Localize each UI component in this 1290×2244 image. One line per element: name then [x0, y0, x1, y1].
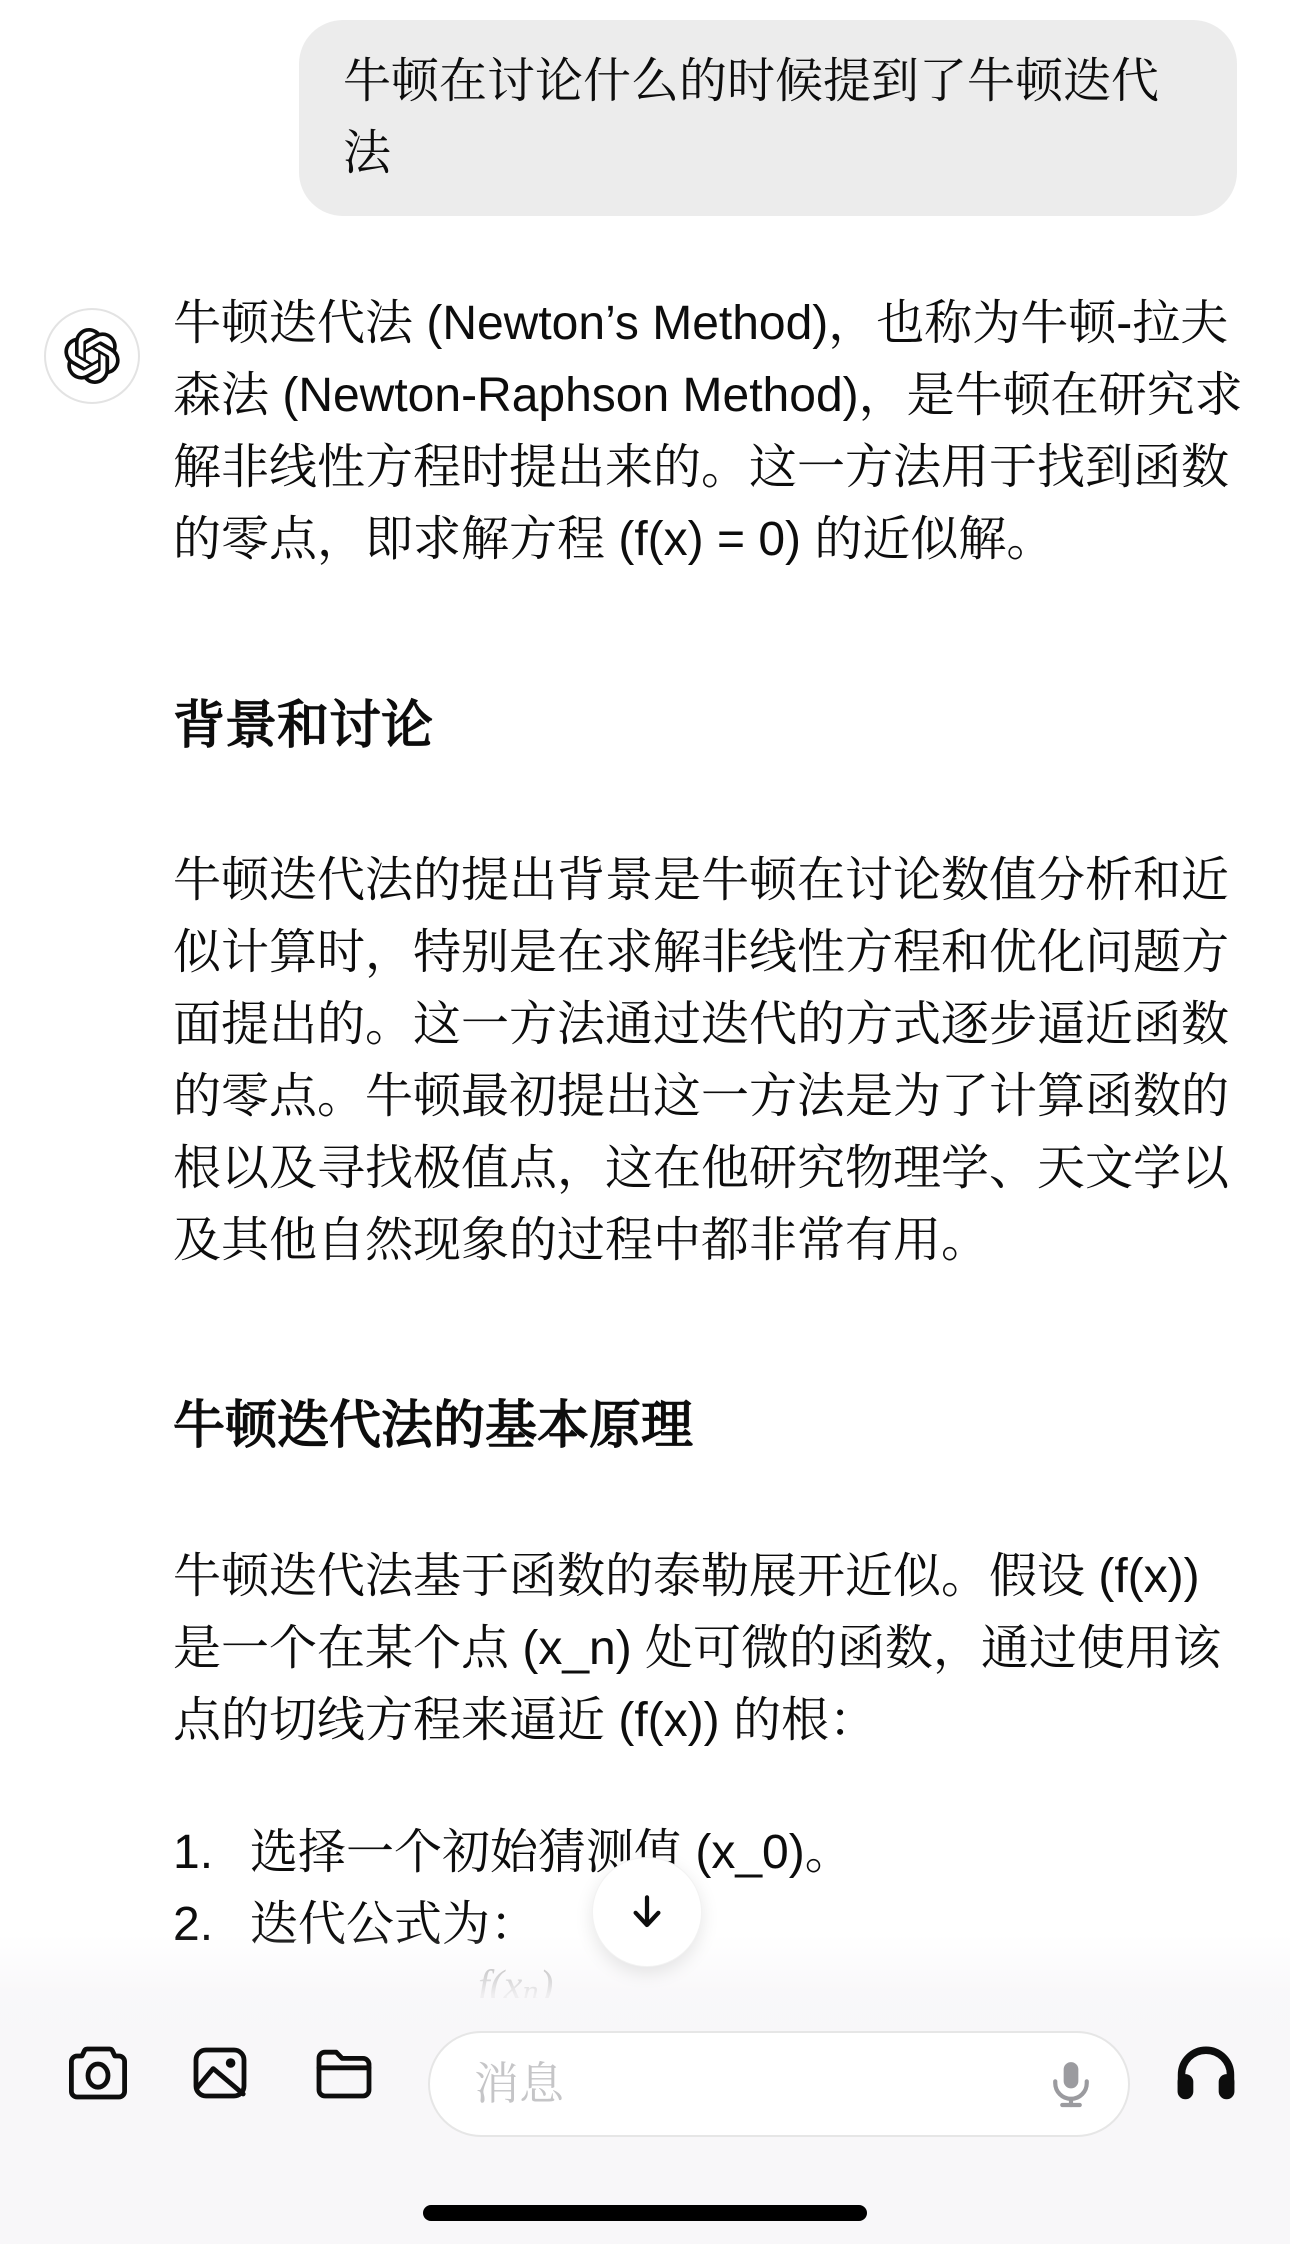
user-message-bubble: 牛顿在讨论什么的时候提到了牛顿迭代法 — [299, 20, 1237, 216]
home-indicator[interactable] — [423, 2205, 867, 2221]
photos-button[interactable] — [186, 2039, 254, 2107]
list-item-1: 1. 选择一个初始猜测值 (x_0)。 — [173, 1817, 1251, 1889]
message-composer — [428, 2031, 1130, 2137]
assistant-paragraph-2: 牛顿迭代法的提出背景是牛顿在讨论数值分析和近似计算时，特别是在求解非线性方程和优… — [173, 845, 1251, 1277]
dictation-button[interactable] — [1040, 2053, 1102, 2115]
arrow-down-icon — [621, 1886, 673, 1938]
folder-icon — [312, 2041, 376, 2105]
message-input[interactable] — [472, 2033, 1016, 2135]
assistant-paragraph-1: 牛顿迭代法 (Newton’s Method)，也称为牛顿-拉夫森法 (Newt… — [173, 288, 1251, 576]
avatar — [44, 308, 140, 404]
list-item-1-text: 选择一个初始猜测值 (x_0)。 — [250, 1817, 853, 1889]
openai-logo-icon — [64, 328, 120, 384]
list-item-1-number: 1. — [173, 1817, 250, 1889]
microphone-icon — [1043, 2056, 1099, 2112]
voice-mode-button[interactable] — [1168, 2036, 1244, 2110]
headphones-icon — [1170, 2038, 1242, 2108]
photos-icon — [188, 2041, 252, 2105]
assistant-heading-background: 背景和讨论 — [173, 696, 1251, 756]
assistant-heading-principle: 牛顿迭代法的基本原理 — [173, 1396, 1251, 1456]
files-button[interactable] — [310, 2039, 378, 2107]
camera-icon — [66, 2041, 130, 2105]
assistant-paragraph-3: 牛顿迭代法基于函数的泰勒展开近似。假设 (f(x)) 是一个在某个点 (x_n)… — [173, 1541, 1251, 1757]
user-message-text: 牛顿在讨论什么的时候提到了牛顿迭代法 — [343, 55, 1159, 180]
camera-button[interactable] — [64, 2039, 132, 2107]
chat-screen: 牛顿在讨论什么的时候提到了牛顿迭代法 牛顿迭代法 (Newton’s Metho… — [0, 0, 1290, 2244]
scroll-to-bottom-button[interactable] — [592, 1857, 702, 1967]
